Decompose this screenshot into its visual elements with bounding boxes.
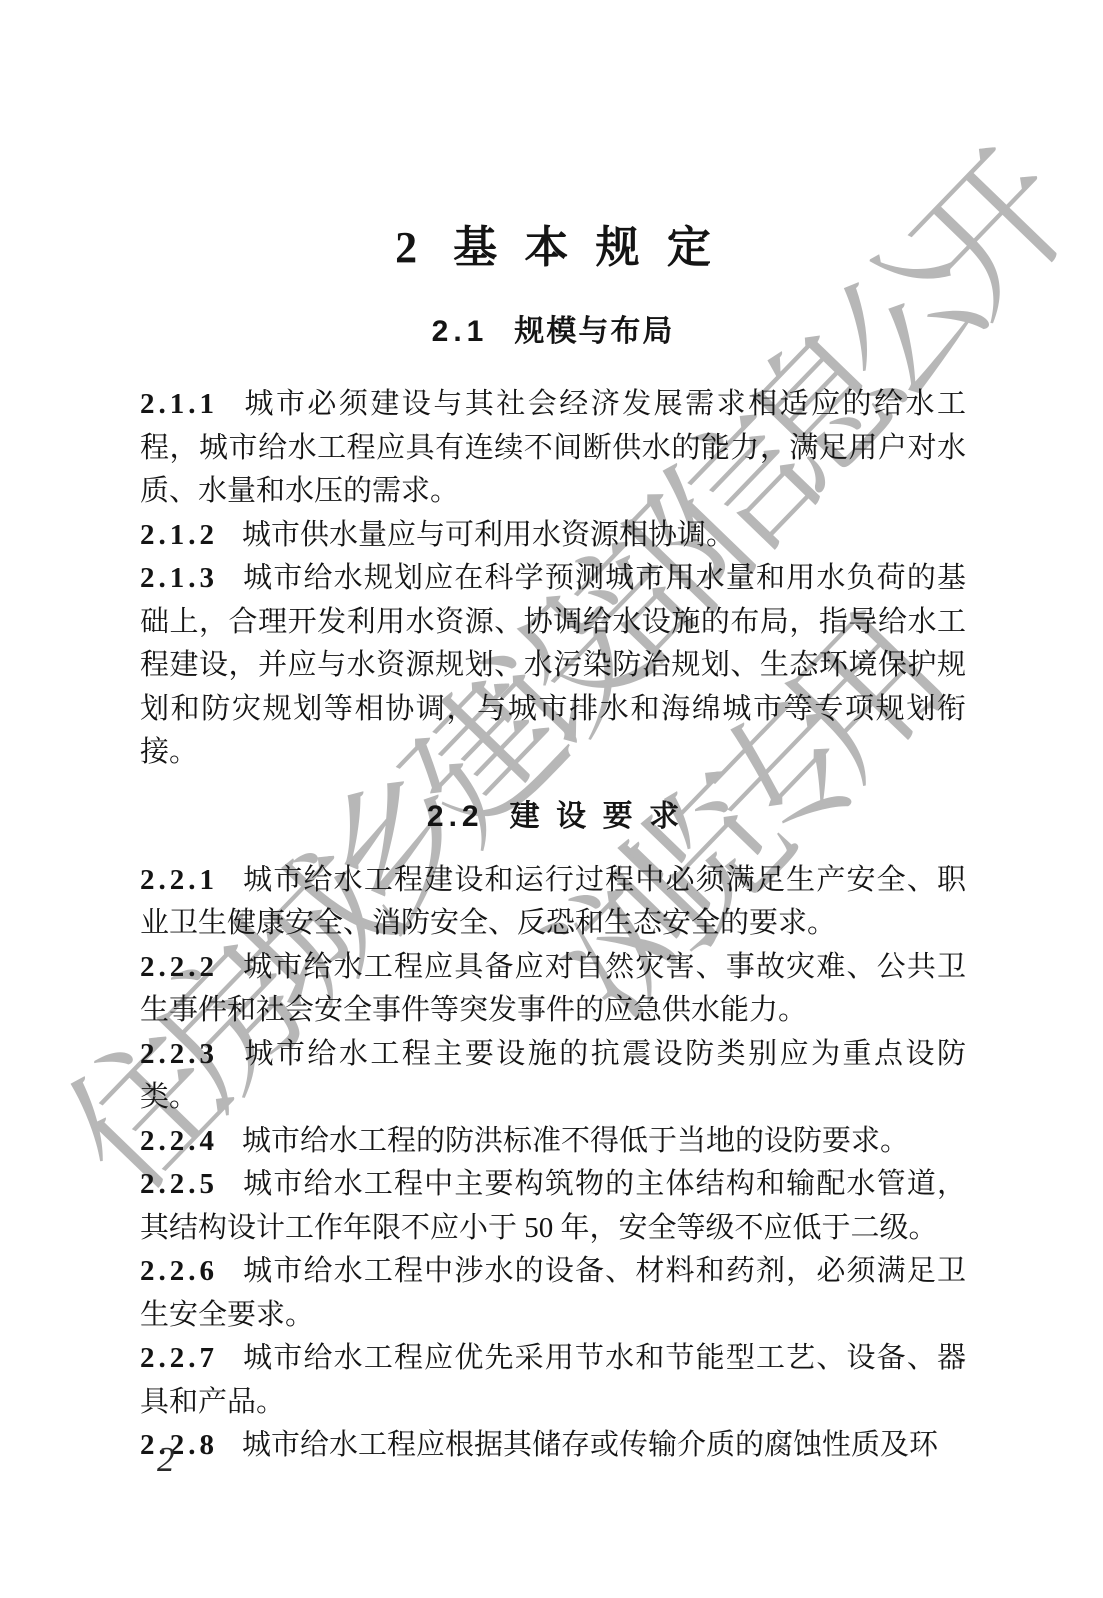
clause-2-1-3: 2.1.3城市给水规划应在科学预测城市用水量和用水负荷的基础上，合理开发利用水资… (140, 557, 966, 775)
clause-text: 城市给水规划应在科学预测城市用水量和用水负荷的基础上，合理开发利用水资源、协调给… (140, 562, 966, 768)
section-heading-2-1: 2.1规模与布局 (140, 314, 966, 350)
clause-number: 2.2.1 (140, 864, 218, 896)
clause-number: 2.2.2 (140, 951, 218, 983)
chapter-title: 基本规定 (453, 223, 738, 272)
clause-2-1-2: 2.1.2城市供水量应与可利用水资源相协调。 (140, 514, 966, 558)
clause-2-2-5: 2.2.5城市给水工程中主要构筑物的主体结构和输配水管道，其结构设计工作年限不应… (140, 1163, 966, 1250)
section-title: 建设要求 (510, 800, 696, 833)
clause-2-2-1: 2.2.1城市给水工程建设和运行过程中必须满足生产安全、职业卫生健康安全、消防安… (140, 859, 966, 946)
clause-number: 2.1.1 (140, 388, 218, 420)
clause-2-2-2: 2.2.2城市给水工程应具备应对自然灾害、事故灾难、公共卫生事件和社会安全事件等… (140, 946, 966, 1033)
clause-2-2-4: 2.2.4城市给水工程的防洪标准不得低于当地的设防要求。 (140, 1120, 966, 1164)
clause-2-2-8: 2.2.8城市给水工程应根据其储存或传输介质的腐蚀性质及环 (140, 1424, 966, 1468)
clause-text: 城市必须建设与其社会经济发展需求相适应的给水工程，城市给水工程应具有连续不间断供… (140, 388, 966, 507)
clause-2-2-6: 2.2.6城市给水工程中涉水的设备、材料和药剂，必须满足卫生安全要求。 (140, 1250, 966, 1337)
clause-number: 2.1.3 (140, 562, 218, 594)
clause-number: 2.2.6 (140, 1255, 218, 1287)
chapter-number: 2 (395, 223, 417, 272)
clause-text: 城市给水工程的防洪标准不得低于当地的设防要求。 (242, 1125, 909, 1157)
clause-number: 2.2.5 (140, 1168, 218, 1200)
clause-text: 城市给水工程应根据其储存或传输介质的腐蚀性质及环 (242, 1429, 938, 1461)
clause-text: 城市给水工程应具备应对自然灾害、事故灾难、公共卫生事件和社会安全事件等突发事件的… (140, 951, 966, 1027)
clause-2-1-1: 2.1.1城市必须建设与其社会经济发展需求相适应的给水工程，城市给水工程应具有连… (140, 383, 966, 514)
chapter-heading: 2基本规定 (140, 224, 966, 272)
clause-number: 2.2.3 (140, 1038, 218, 1070)
section-title: 规模与布局 (514, 315, 674, 348)
clause-number: 2.1.2 (140, 519, 218, 551)
document-page: 住房城乡建设部信息公开 浏览专用 2基本规定 2.1规模与布局 2.1.1城市必… (0, 0, 1103, 1598)
clause-number: 2.2.8 (140, 1429, 218, 1461)
clause-text: 城市给水工程应优先采用节水和节能型工艺、设备、器具和产品。 (140, 1342, 966, 1418)
clause-text: 城市给水工程建设和运行过程中必须满足生产安全、职业卫生健康安全、消防安全、反恐和… (140, 864, 966, 940)
clause-number: 2.2.7 (140, 1342, 218, 1374)
page-content: 2基本规定 2.1规模与布局 2.1.1城市必须建设与其社会经济发展需求相适应的… (140, 0, 966, 1468)
clause-text: 城市给水工程中涉水的设备、材料和药剂，必须满足卫生安全要求。 (140, 1255, 966, 1331)
clause-number: 2.2.4 (140, 1125, 218, 1157)
clause-text: 城市给水工程主要设施的抗震设防类别应为重点设防类。 (140, 1038, 966, 1114)
section-heading-2-2: 2.2建设要求 (140, 799, 966, 835)
clause-2-2-3: 2.2.3城市给水工程主要设施的抗震设防类别应为重点设防类。 (140, 1033, 966, 1120)
section-number: 2.2 (427, 800, 484, 833)
clause-text: 城市给水工程中主要构筑物的主体结构和输配水管道，其结构设计工作年限不应小于 50… (140, 1168, 966, 1244)
clause-2-2-7: 2.2.7城市给水工程应优先采用节水和节能型工艺、设备、器具和产品。 (140, 1337, 966, 1424)
clause-text: 城市供水量应与可利用水资源相协调。 (242, 519, 735, 551)
page-number: 2 (157, 1440, 175, 1480)
section-number: 2.1 (432, 315, 489, 348)
